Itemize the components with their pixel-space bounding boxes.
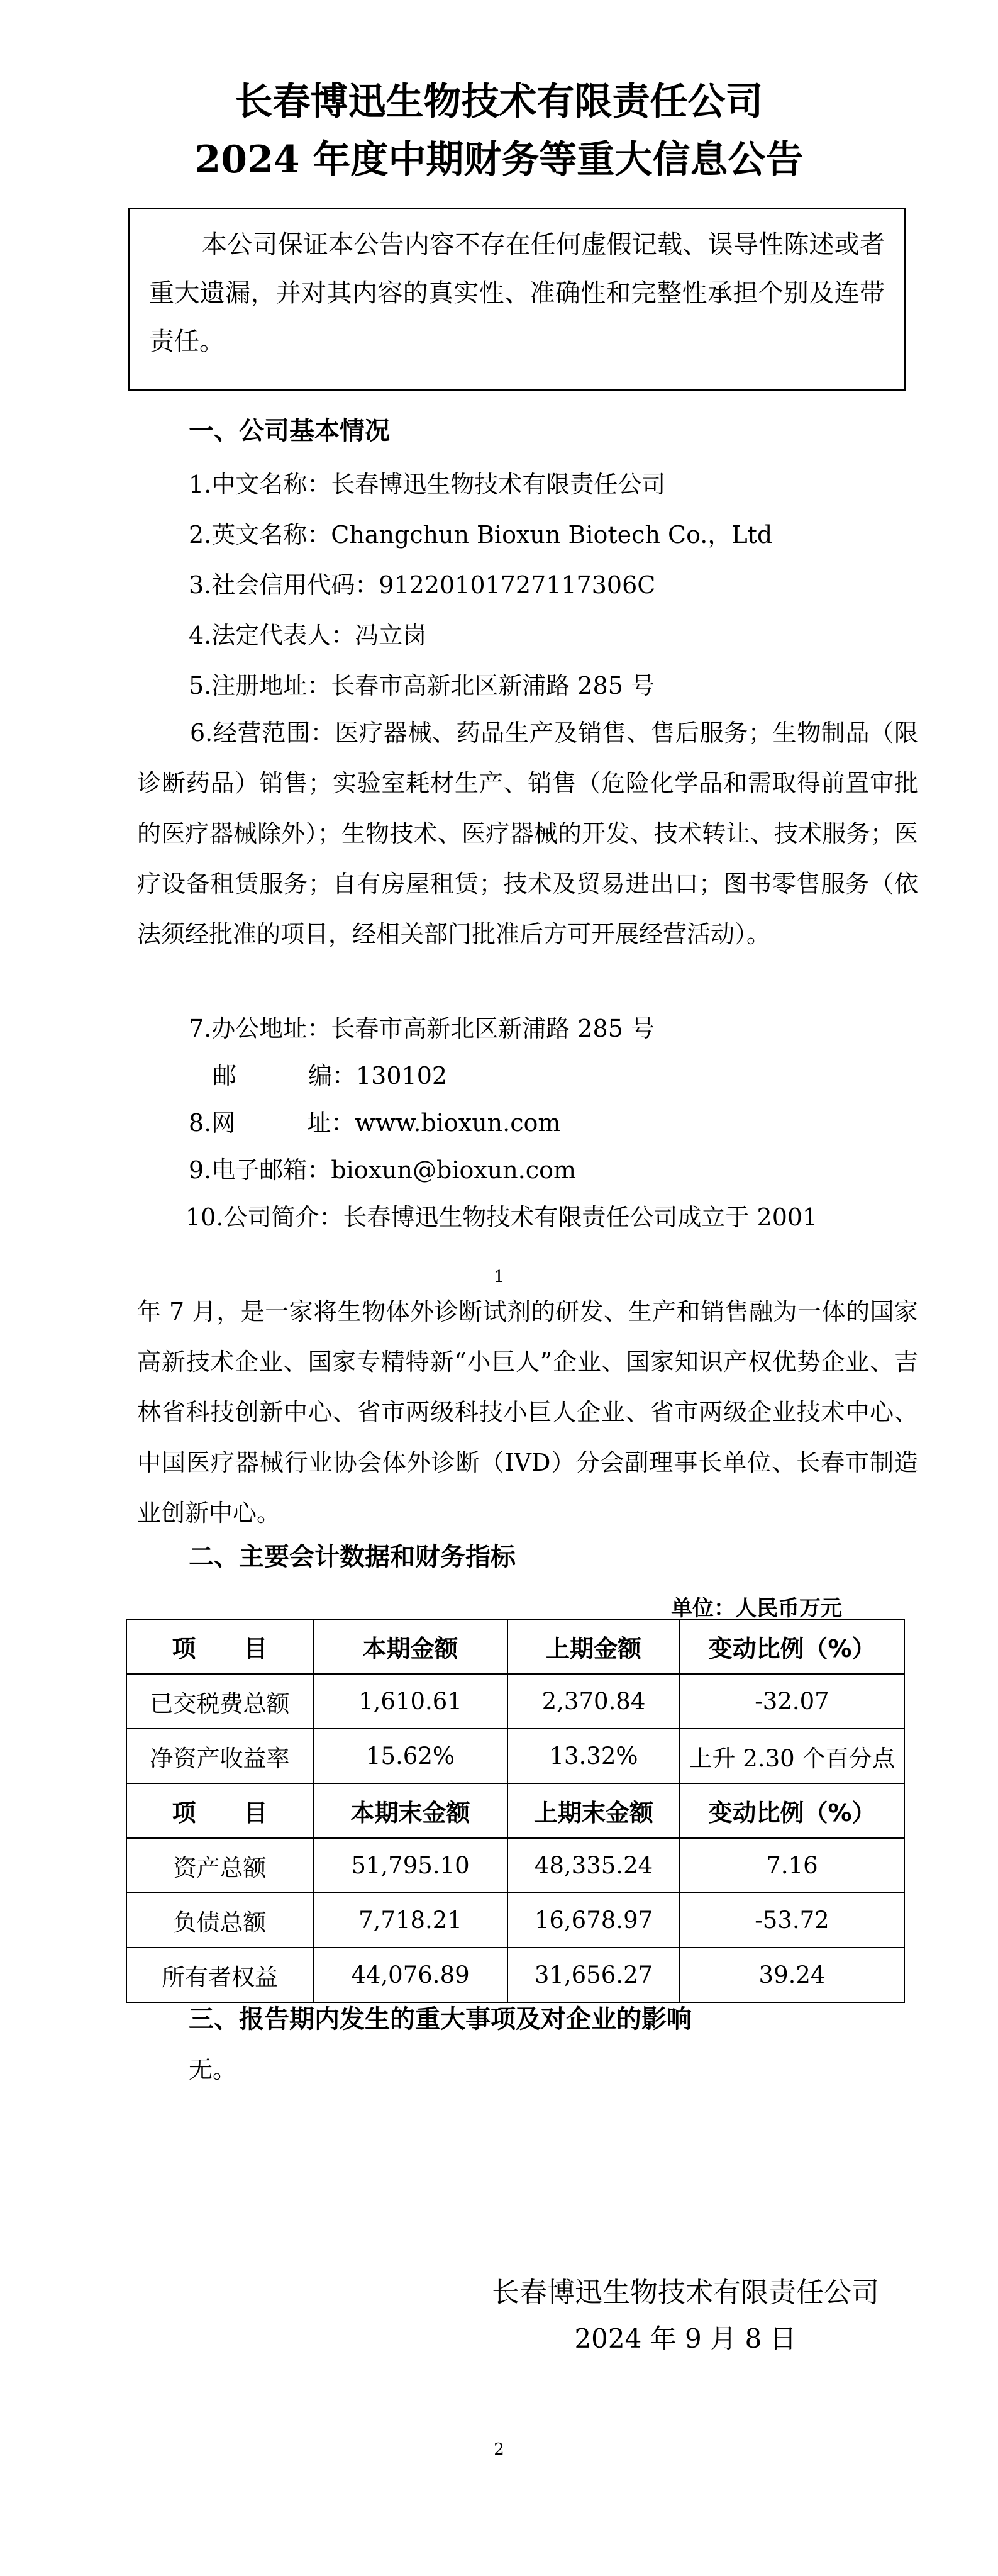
- disclaimer-box: 本公司保证本公告内容不存在任何虚假记载、误导性陈述或者重大遗漏，并对其内容的真实…: [128, 208, 906, 391]
- page-number-2: 2: [0, 2438, 998, 2461]
- cell-current: 1,610.61: [313, 1674, 507, 1729]
- page-number-1: 1: [0, 1266, 998, 1288]
- signature-date: 2024 年 9 月 8 日: [478, 2320, 893, 2358]
- table-row-roe: 净资产收益率 15.62% 13.32% 上升 2.30 个百分点: [126, 1729, 904, 1783]
- cell-prior: 2,370.84: [507, 1674, 680, 1729]
- cell-label: 已交税费总额: [126, 1674, 313, 1729]
- cell-change: 39.24: [680, 1948, 904, 2002]
- disclaimer-text: 本公司保证本公告内容不存在任何虚假记载、误导性陈述或者重大遗漏，并对其内容的真实…: [149, 221, 885, 366]
- header-change-ratio: 变动比例（%）: [680, 1783, 904, 1838]
- cell-current: 51,795.10: [313, 1838, 507, 1893]
- item-registered-address: 5.注册地址：长春市高新北区新浦路 285 号: [189, 661, 655, 711]
- item-english-name: 2.英文名称：Changchun Bioxun Biotech Co.，Ltd: [189, 510, 772, 560]
- header-item: 项 目: [126, 1783, 313, 1838]
- header-change-ratio: 变动比例（%）: [680, 1619, 904, 1674]
- item-chinese-name: 1.中文名称：长春博迅生物技术有限责任公司: [189, 459, 665, 510]
- signature-company-name: 长春博迅生物技术有限责任公司: [478, 2274, 893, 2312]
- section3-body: 无。: [189, 2044, 236, 2095]
- financial-indicators-table: 项 目 本期金额 上期金额 变动比例（%） 已交税费总额 1,610.61 2,…: [126, 1619, 905, 2003]
- table-header-period-end: 项 目 本期末金额 上期末金额 变动比例（%）: [126, 1783, 904, 1838]
- header-prior-end-amount: 上期末金额: [507, 1783, 680, 1838]
- table-header-current-period: 项 目 本期金额 上期金额 变动比例（%）: [126, 1619, 904, 1674]
- item-business-scope: 6.经营范围：医疗器械、药品生产及销售、售后服务；生物制品（限诊断药品）销售；实…: [137, 708, 918, 1010]
- cell-prior: 13.32%: [507, 1729, 680, 1783]
- announcement-document-page: 长春博迅生物技术有限责任公司 2024 年度中期财务等重大信息公告 本公司保证本…: [0, 0, 998, 2576]
- item-company-profile-line1: 10.公司简介：长春博迅生物技术有限责任公司成立于 2001: [186, 1192, 818, 1242]
- cell-current: 15.62%: [313, 1729, 507, 1783]
- section3-heading: 三、报告期内发生的重大事项及对企业的影响: [189, 1994, 692, 2044]
- cell-change: -32.07: [680, 1674, 904, 1729]
- table-row-total-liabilities: 负债总额 7,718.21 16,678.97 -53.72: [126, 1893, 904, 1948]
- cell-current: 7,718.21: [313, 1893, 507, 1948]
- header-current-amount: 本期金额: [313, 1619, 507, 1674]
- cell-change: 7.16: [680, 1838, 904, 1893]
- cell-prior: 48,335.24: [507, 1838, 680, 1893]
- cell-change: 上升 2.30 个百分点: [680, 1729, 904, 1783]
- cell-label: 净资产收益率: [126, 1729, 313, 1783]
- cell-label: 资产总额: [126, 1838, 313, 1893]
- document-title-line1: 长春博迅生物技术有限责任公司: [0, 77, 998, 127]
- item-website: 8.网 址：www.bioxun.com: [189, 1098, 560, 1148]
- item-legal-representative: 4.法定代表人：冯立岗: [189, 610, 426, 661]
- section2-heading: 二、主要会计数据和财务指标: [189, 1532, 516, 1582]
- item-office-address: 7.办公地址：长春市高新北区新浦路 285 号: [189, 1003, 655, 1054]
- item-credit-code: 3.社会信用代码：91220101727117306C: [189, 560, 655, 610]
- company-profile-continued: 年 7 月，是一家将生物体外诊断试剂的研发、生产和销售融为一体的国家高新技术企业…: [137, 1286, 918, 1538]
- section1-heading: 一、公司基本情况: [189, 406, 390, 456]
- cell-label: 负债总额: [126, 1893, 313, 1948]
- header-prior-amount: 上期金额: [507, 1619, 680, 1674]
- header-item: 项 目: [126, 1619, 313, 1674]
- item-postal-code: 邮 编：130102: [213, 1051, 447, 1101]
- header-current-end-amount: 本期末金额: [313, 1783, 507, 1838]
- cell-change: -53.72: [680, 1893, 904, 1948]
- document-title-line2: 2024 年度中期财务等重大信息公告: [0, 135, 998, 185]
- item-email: 9.电子邮箱：bioxun@bioxun.com: [189, 1145, 576, 1195]
- table-row-taxes-paid: 已交税费总额 1,610.61 2,370.84 -32.07: [126, 1674, 904, 1729]
- table-row-total-assets: 资产总额 51,795.10 48,335.24 7.16: [126, 1838, 904, 1893]
- cell-prior: 16,678.97: [507, 1893, 680, 1948]
